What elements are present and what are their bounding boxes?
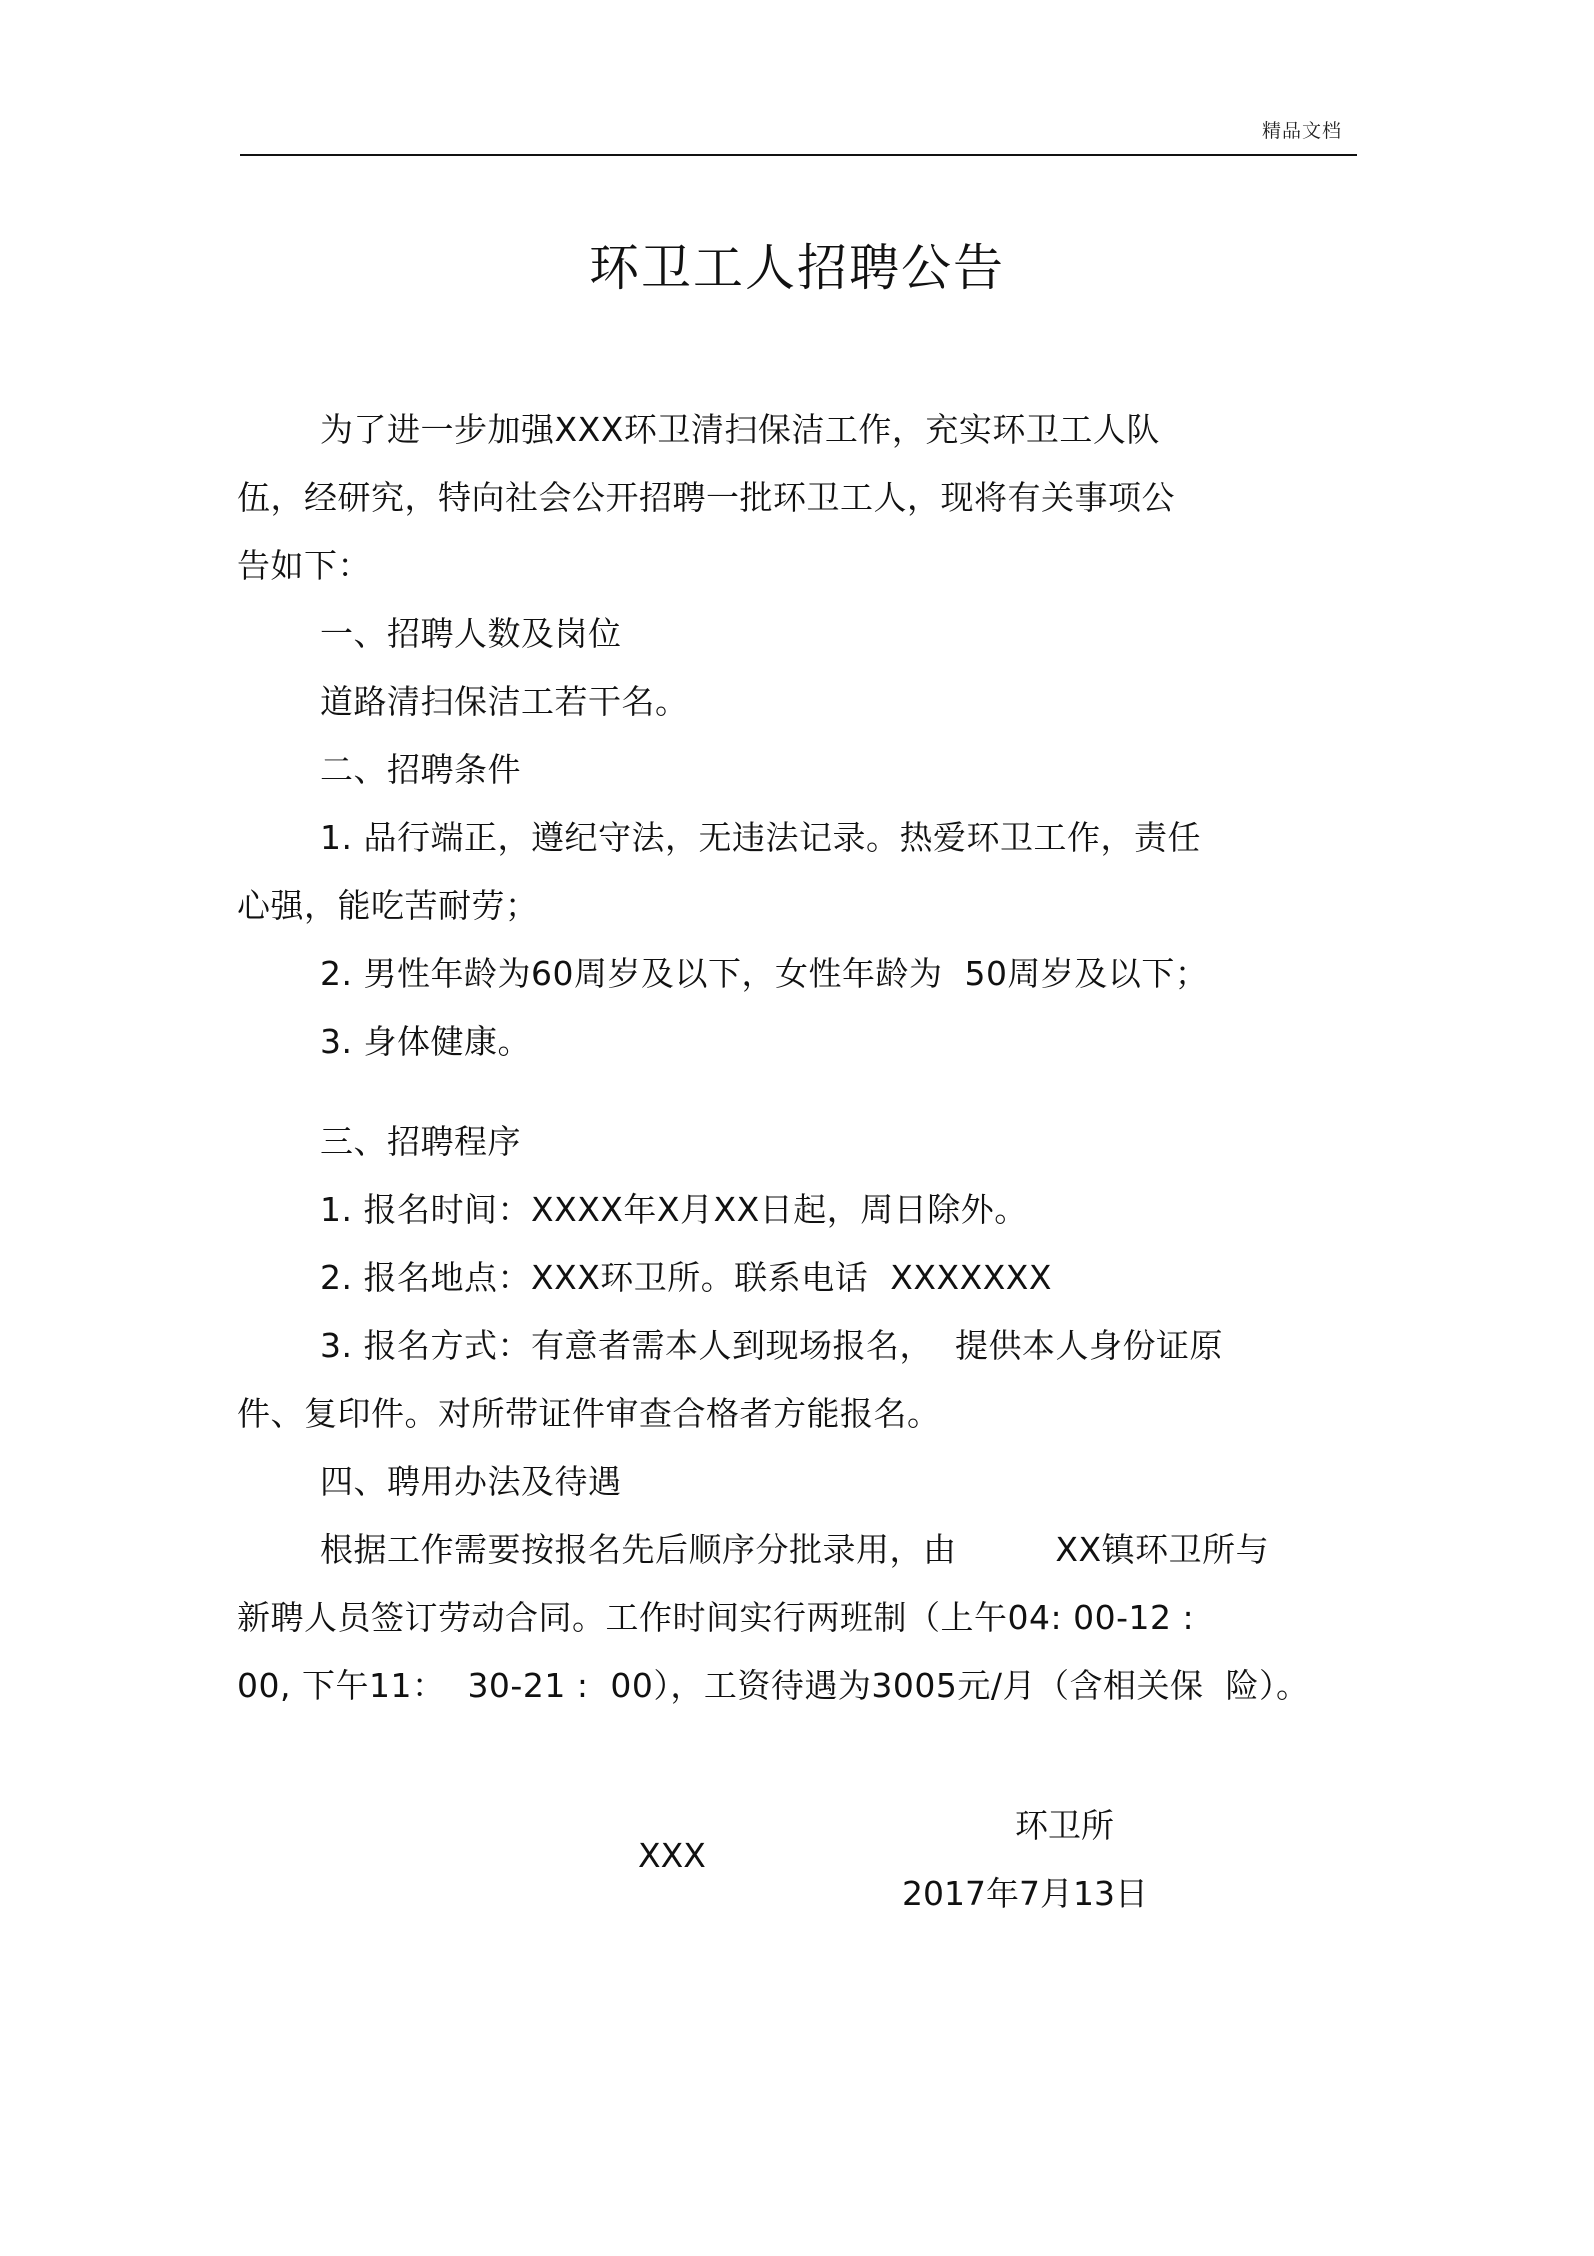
section4-body-line-1: 根据工作需要按报名先后顺序分批录用，由 XX镇环卫所与 — [320, 1530, 1269, 1570]
section3-item-2: 2. 报名地点：XXX环卫所。联系电话 XXXXXXX — [320, 1258, 1052, 1298]
signature-date: 2017年7月13日 — [902, 1874, 1148, 1914]
document-page: 精品文档 环卫工人招聘公告 为了进一步加强XXX环卫清扫保洁工作，充实环卫工人队… — [0, 0, 1594, 2256]
intro-line-2: 伍，经研究，特向社会公开招聘一批环卫工人，现将有关事项公 — [237, 478, 1175, 518]
section1-heading: 一、招聘人数及岗位 — [320, 614, 622, 654]
header-label: 精品文档 — [1262, 116, 1342, 143]
signature-org-prefix: XXX — [638, 1836, 706, 1876]
section1-body: 道路清扫保洁工若干名。 — [320, 682, 689, 722]
section2-item-1-cont: 心强，能吃苦耐劳； — [237, 886, 539, 926]
section3-item-3-cont: 件、复印件。对所带证件审查合格者方能报名。 — [237, 1394, 941, 1434]
section4-body-line-2: 新聘人员签订劳动合同。工作时间实行两班制（上午04: 00-12 : — [237, 1598, 1194, 1638]
section3-item-3: 3. 报名方式：有意者需本人到现场报名， 提供本人身份证原 — [320, 1326, 1223, 1366]
section2-heading: 二、招聘条件 — [320, 750, 521, 790]
section2-item-1: 1. 品行端正，遵纪守法，无违法记录。热爱环卫工作，责任 — [320, 818, 1201, 858]
document-title: 环卫工人招聘公告 — [0, 228, 1594, 300]
header-divider — [240, 154, 1357, 156]
intro-line-3: 告如下： — [237, 546, 371, 586]
section3-heading: 三、招聘程序 — [320, 1122, 521, 1162]
section3-item-1: 1. 报名时间：XXXX年X月XX日起，周日除外。 — [320, 1190, 1028, 1230]
section2-item-2: 2. 男性年龄为60周岁及以下，女性年龄为 50周岁及以下； — [320, 954, 1208, 994]
signature-org: 环卫所 — [1015, 1806, 1114, 1846]
section2-item-3: 3. 身体健康。 — [320, 1022, 531, 1062]
intro-line-1: 为了进一步加强XXX环卫清扫保洁工作，充实环卫工人队 — [320, 410, 1160, 450]
section4-body-line-3: 00, 下午11： 30-21 : 00），工资待遇为3005元/月（含相关保 … — [237, 1666, 1310, 1706]
section4-heading: 四、聘用办法及待遇 — [320, 1462, 622, 1502]
